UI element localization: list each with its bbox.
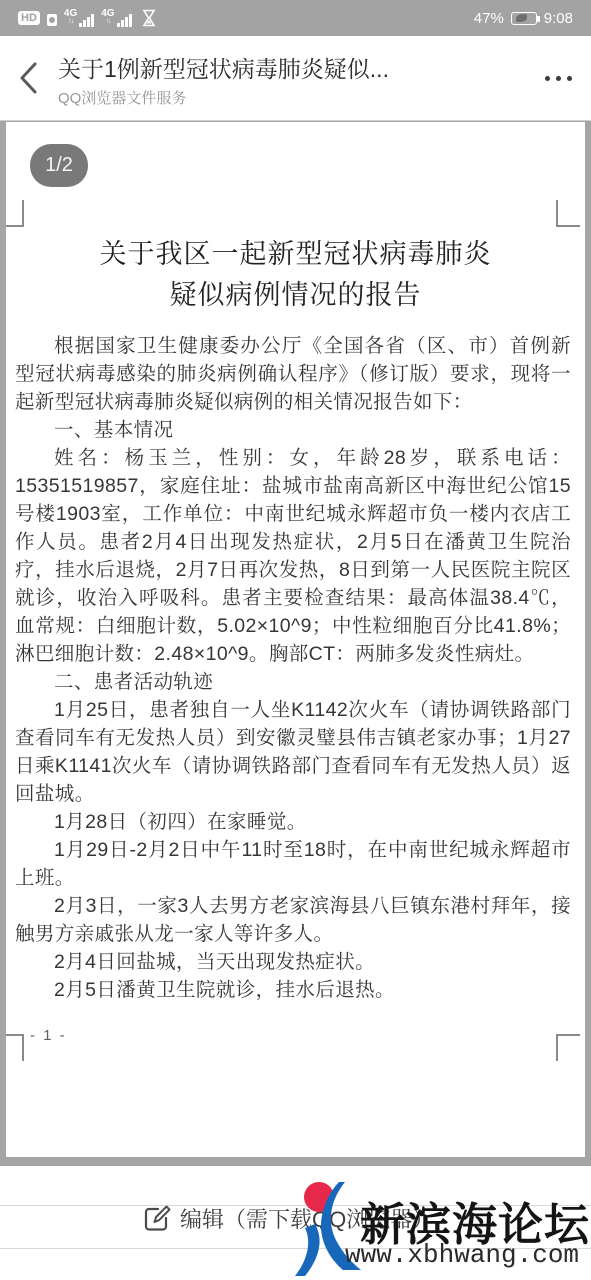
document-paragraph: 一、基本情况 [15, 416, 571, 444]
back-button[interactable] [0, 36, 58, 120]
battery-icon [511, 12, 537, 25]
signal-bars-icon [79, 14, 94, 27]
network-type-label: 4G [64, 10, 77, 18]
hd-voice-icon: HD [18, 11, 40, 25]
data-arrows-icon: ↑↓ [105, 18, 110, 26]
document-paragraph: 二、患者活动轨迹 [15, 668, 571, 696]
mini-badge-icon [47, 14, 57, 26]
more-menu-button[interactable] [525, 36, 591, 120]
document-paragraph: 2月4日回盐城，当天出现发热症状。 [15, 948, 571, 976]
document-paragraph: 2月3日，一家3人去男方老家滨海县八巨镇东港村拜年，接触男方亲戚张从龙一家人等许… [15, 892, 571, 948]
crop-mark-bottom-left [6, 1034, 24, 1061]
battery-percent: 47% [474, 10, 504, 27]
hourglass-icon [142, 9, 156, 27]
file-source-label: QQ浏览器文件服务 [58, 87, 525, 108]
file-title: 关于1例新型冠状病毒肺炎疑似... [58, 51, 525, 84]
clock: 9:08 [544, 10, 573, 27]
document-title: 关于我区一起新型冠状病毒肺炎 疑似病例情况的报告 [6, 234, 585, 316]
document-title-line1: 关于我区一起新型冠状病毒肺炎 [6, 234, 585, 275]
watermark: 新滨海论坛 www.xbhwang.com [293, 1178, 591, 1280]
crop-mark-top-right [556, 200, 580, 227]
document-paragraph: 1月29日-2月2日中午11时至18时，在中南世纪城永辉超市上班。 [15, 836, 571, 892]
dot-icon [567, 76, 572, 81]
crop-mark-bottom-right [556, 1034, 580, 1061]
signal-group-sim1: 4G ↑↓ [64, 10, 94, 27]
document-paragraph: 2月5日潘黄卫生院就诊，挂水后退热。 [15, 976, 571, 1004]
document-paragraph: 1月28日（初四）在家睡觉。 [15, 808, 571, 836]
document-body: 根据国家卫生健康委办公厅《全国各省（区、市）首例新型冠状病毒感染的肺炎病例确认程… [15, 332, 571, 1004]
divider-strip [0, 1157, 591, 1166]
header-titles: 关于1例新型冠状病毒肺炎疑似... QQ浏览器文件服务 [58, 49, 525, 108]
dot-icon [545, 76, 550, 81]
document-viewer[interactable]: 1/2 关于我区一起新型冠状病毒肺炎 疑似病例情况的报告 根据国家卫生健康委办公… [0, 122, 591, 1157]
data-arrows-icon: ↑↓ [68, 18, 73, 26]
signal-bars-icon [117, 14, 132, 27]
page-number: - 1 - [30, 1027, 67, 1044]
crop-mark-top-left [6, 200, 24, 227]
edit-pencil-icon [142, 1204, 172, 1234]
document-title-line2: 疑似病例情况的报告 [6, 275, 585, 316]
back-chevron-icon [18, 60, 40, 96]
status-bar: HD 4G ↑↓ 4G ↑↓ [0, 0, 591, 36]
phone-screen: HD 4G ↑↓ 4G ↑↓ [0, 0, 591, 1280]
document-paragraph: 姓名：杨玉兰，性别：女，年龄28岁，联系电话：15351519857，家庭住址：… [15, 444, 571, 668]
forum-url: www.xbhwang.com [345, 1240, 579, 1270]
page-indicator-badge: 1/2 [30, 144, 88, 187]
app-header: 关于1例新型冠状病毒肺炎疑似... QQ浏览器文件服务 [0, 36, 591, 121]
signal-group-sim2: 4G ↑↓ [101, 10, 131, 27]
dot-icon [556, 76, 561, 81]
network-type-label: 4G [101, 10, 114, 18]
document-paragraph: 根据国家卫生健康委办公厅《全国各省（区、市）首例新型冠状病毒感染的肺炎病例确认程… [15, 332, 571, 416]
document-page[interactable]: 1/2 关于我区一起新型冠状病毒肺炎 疑似病例情况的报告 根据国家卫生健康委办公… [6, 122, 585, 1157]
document-paragraph: 1月25日，患者独自一人坐K1142次火车（请协调铁路部门查看同车有无发热人员）… [15, 696, 571, 808]
